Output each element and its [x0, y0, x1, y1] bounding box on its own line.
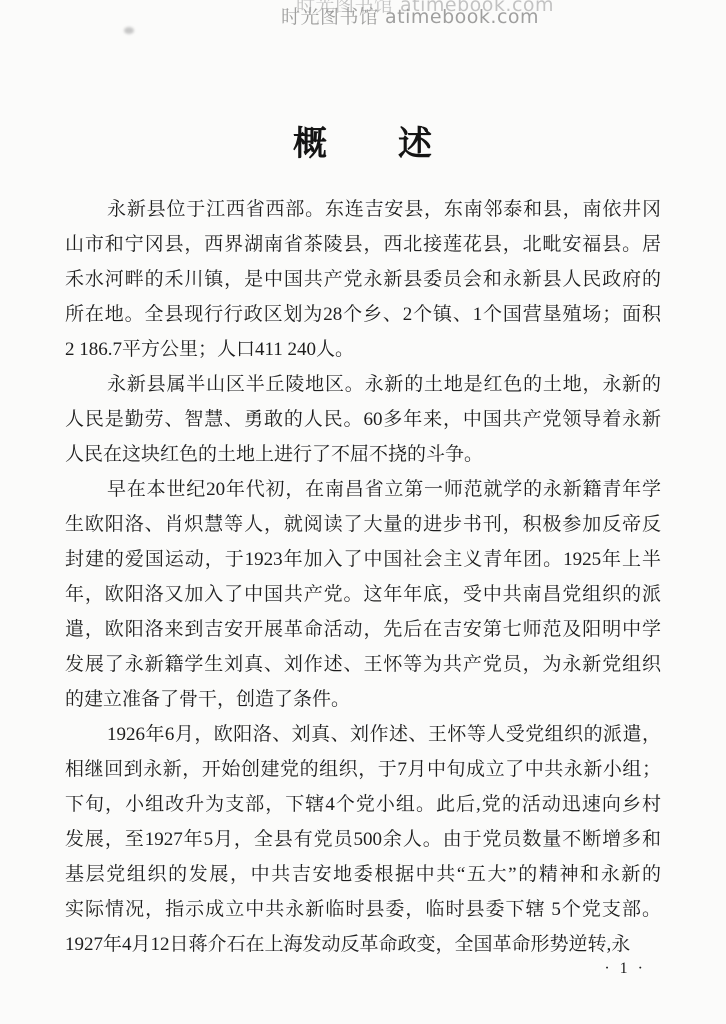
- text-line: 山市和宁冈县，西界湖南省茶陵县，西北接莲花县，北毗安福县。居: [65, 227, 661, 262]
- paragraph: 永新县位于江西省西部。东连吉安县，东南邻泰和县，南依井冈山市和宁冈县，西界湖南省…: [65, 192, 661, 367]
- paragraph: 早在本世纪20年代初，在南昌省立第一师范就学的永新籍青年学生欧阳洛、肖炽慧等人，…: [65, 472, 661, 717]
- paragraph: 永新县属半山区半丘陵地区。永新的土地是红色的土地，永新的人民是勤劳、智慧、勇敢的…: [65, 367, 661, 472]
- text-line: 2 186.7平方公里；人口411 240人。: [65, 332, 661, 367]
- scan-smudge: [124, 27, 134, 34]
- text-line: 永新县位于江西省西部。东连吉安县，东南邻泰和县，南依井冈: [65, 192, 661, 227]
- text-line: 早在本世纪20年代初，在南昌省立第一师范就学的永新籍青年学: [65, 472, 661, 507]
- text-line: 下旬，小组改升为支部，下辖4个党小组。此后,党的活动迅速向乡村: [65, 787, 661, 822]
- text-line: 遣，欧阳洛来到吉安开展革命活动，先后在吉安第七师范及阳明中学: [65, 612, 661, 647]
- text-line: 禾水河畔的禾川镇，是中国共产党永新县委员会和永新县人民政府的: [65, 262, 661, 297]
- body-text: 永新县位于江西省西部。东连吉安县，东南邻泰和县，南依井冈山市和宁冈县，西界湖南省…: [65, 192, 661, 962]
- text-line: 相继回到永新，开始创建党的组织，于7月中旬成立了中共永新小组；: [65, 752, 661, 787]
- text-line: 基层党组织的发展，中共吉安地委根据中共“五大”的精神和永新的: [65, 857, 661, 892]
- page-number: · 1 ·: [604, 960, 646, 978]
- text-line: 年，欧阳洛又加入了中国共产党。这年年底，受中共南昌党组织的派: [65, 577, 661, 612]
- watermark-ghost: 时光图书馆 atimebook.com: [296, 0, 554, 17]
- text-line: 永新县属半山区半丘陵地区。永新的土地是红色的土地，永新的: [65, 367, 661, 402]
- paragraph: 1926年6月，欧阳洛、刘真、刘作述、王怀等人受党组织的派遣，相继回到永新，开始…: [65, 717, 661, 962]
- text-line: 人民在这块红色的土地上进行了不屈不挠的斗争。: [65, 437, 661, 472]
- watermark: 时光图书馆 atimebook.com: [281, 2, 539, 29]
- text-line: 1927年4月12日蒋介石在上海发动反革命政变，全国革命形势逆转,永: [65, 927, 661, 962]
- text-line: 人民是勤劳、智慧、勇敢的人民。60多年来，中国共产党领导着永新: [65, 402, 661, 437]
- text-line: 的建立准备了骨干，创造了条件。: [65, 682, 661, 717]
- text-line: 封建的爱国运动，于1923年加入了中国社会主义青年团。1925年上半: [65, 542, 661, 577]
- text-line: 生欧阳洛、肖炽慧等人，就阅读了大量的进步书刊，积极参加反帝反: [65, 507, 661, 542]
- text-line: 实际情况，指示成立中共永新临时县委，临时县委下辖 5个党支部。: [65, 892, 661, 927]
- text-line: 所在地。全县现行行政区划为28个乡、2个镇、1个国营垦殖场；面积: [65, 297, 661, 332]
- text-line: 发展了永新籍学生刘真、刘作述、王怀等为共产党员，为永新党组织: [65, 647, 661, 682]
- page-title: 概 述: [0, 116, 726, 165]
- text-line: 发展，至1927年5月，全县有党员500余人。由于党员数量不断增多和: [65, 822, 661, 857]
- scanned-page: 时光图书馆 atimebook.com 时光图书馆 atimebook.com …: [0, 0, 726, 1024]
- text-line: 1926年6月，欧阳洛、刘真、刘作述、王怀等人受党组织的派遣，: [65, 717, 661, 752]
